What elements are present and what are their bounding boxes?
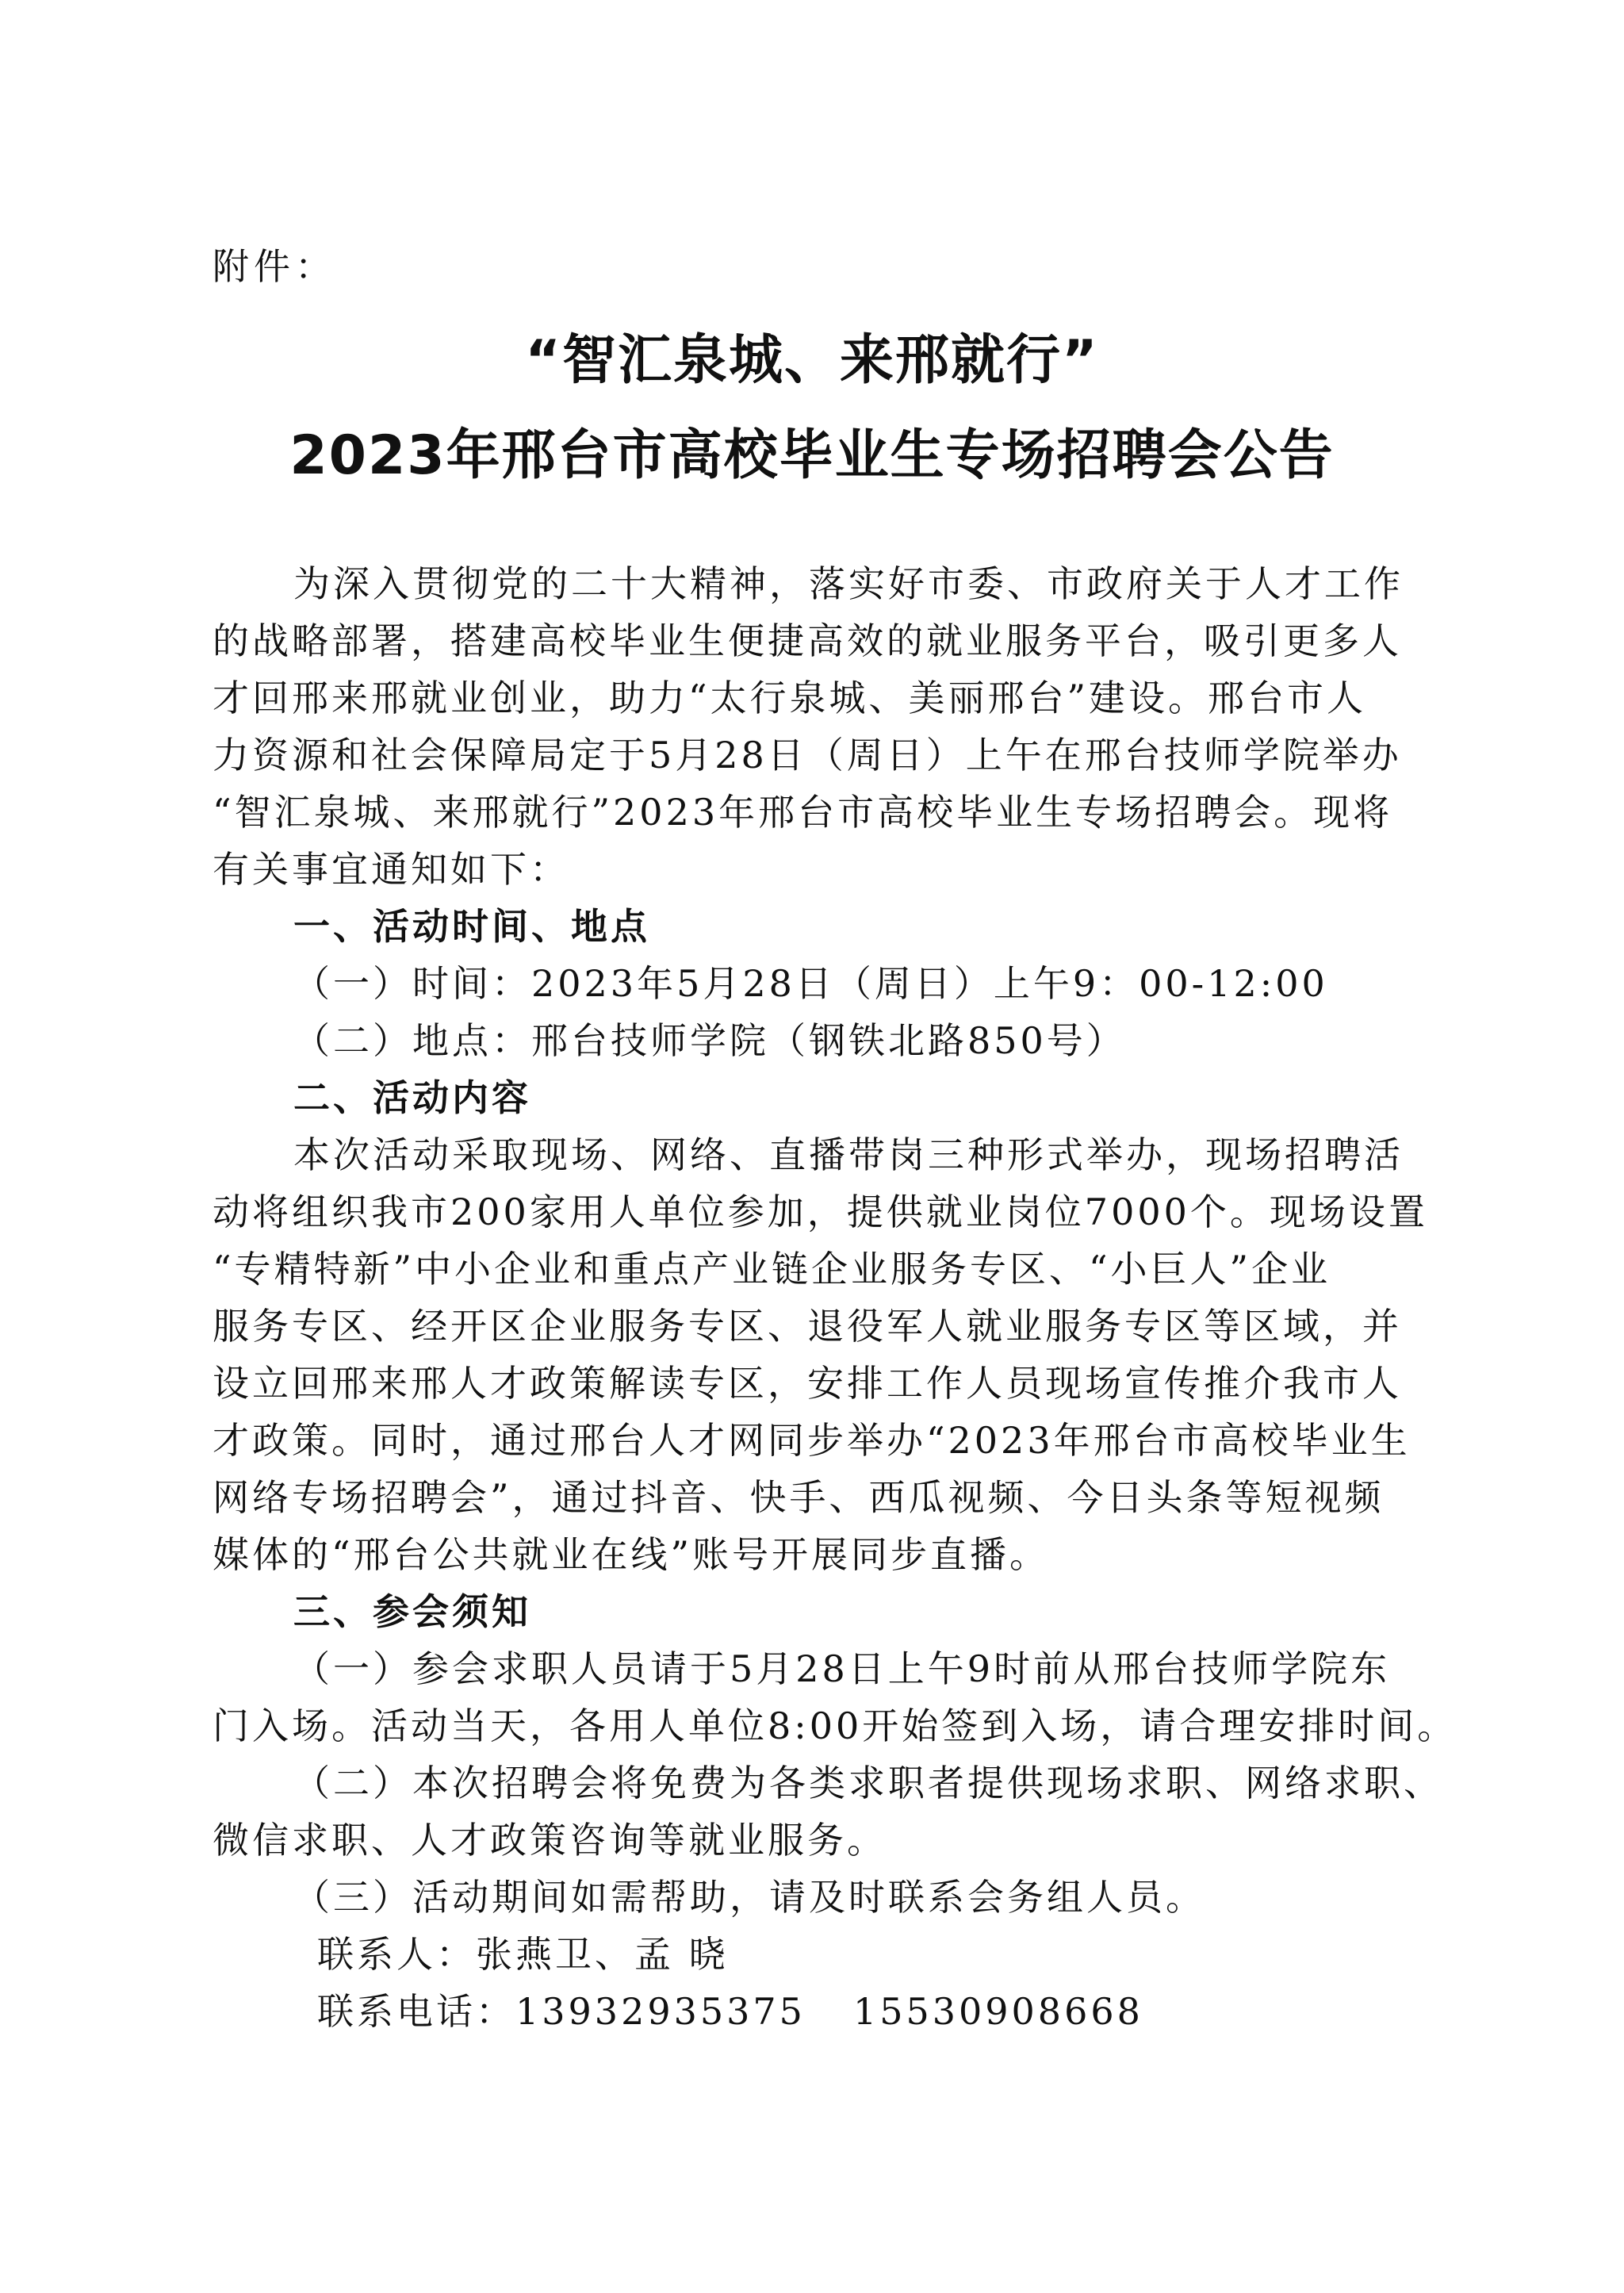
section-heading: 二、活动内容 [293,1069,1483,1122]
intro-line: 力资源和社会保障局定于5月28日（周日）上午在邢台技师学院举办 [213,727,1402,779]
contact-person: 联系人：张燕卫、孟 晓 [317,1926,1507,1978]
body-line: 网络专场招聘会”，通过抖音、快手、西瓜视频、今日头条等短视频 [213,1469,1402,1521]
intro-line: “智汇泉城、来邢就行”2023年邢台市高校毕业生专场招聘会。现将 [213,784,1402,836]
section-heading: 一、活动时间、地点 [293,898,1483,950]
phone-number: 15530908668 [853,1990,1143,2033]
body-line: “专精特新”中小企业和重点产业链企业服务专区、“小巨人”企业 [213,1240,1402,1293]
contact-phone: 联系电话：1393293537515530908668 [317,1983,1507,2035]
title-line-2: 2023年邢台市高校毕业生专场招聘会公告 [0,412,1624,489]
body-line: 才政策。同时，通过邢台人才网同步举办“2023年邢台市高校毕业生 [213,1412,1402,1464]
section-item: （二）地点：邢台技师学院（钢铁北路850号） [293,1012,1483,1064]
body-line: （三）活动期间如需帮助，请及时联系会务组人员。 [293,1869,1483,1921]
intro-line: 才回邢来邢就业创业，助力“太行泉城、美丽邢台”建设。邢台市人 [213,669,1402,722]
title-line-1: “智汇泉城、来邢就行” [0,317,1624,394]
contact-phone-label: 联系电话： [317,1990,515,2033]
body-line: 设立回邢来邢人才政策解读专区，安排工作人员现场宣传推介我市人 [213,1355,1402,1407]
body-line: （一）参会求职人员请于5月28日上午9时前从邢台技师学院东 [293,1640,1483,1693]
body-line: 微信求职、人才政策咨询等就业服务。 [213,1812,1402,1864]
attachment-label: 附件： [213,238,336,290]
intro-line: 有关事宜通知如下： [213,841,1402,893]
phone-number: 13932935375 [515,1990,806,2033]
body-line: （二）本次招聘会将免费为各类求职者提供现场求职、网络求职、 [293,1754,1483,1807]
body-line: 服务专区、经开区企业服务专区、退役军人就业服务专区等区域，并 [213,1298,1402,1350]
document-page: 附件： “智汇泉城、来邢就行” 2023年邢台市高校毕业生专场招聘会公告 为深入… [0,0,1624,2293]
body-line: 动将组织我市200家用人单位参加，提供就业岗位7000个。现场设置 [213,1183,1402,1236]
intro-line: 为深入贯彻党的二十大精神，落实好市委、市政府关于人才工作 [293,555,1483,608]
body-line: 媒体的“邢台公共就业在线”账号开展同步直播。 [213,1526,1402,1578]
intro-line: 的战略部署，搭建高校毕业生便捷高效的就业服务平台，吸引更多人 [213,612,1402,665]
section-heading: 三、参会须知 [293,1583,1483,1635]
body-line: 门入场。活动当天，各用人单位8:00开始签到入场，请合理安排时间。 [213,1697,1402,1750]
section-item: （一）时间：2023年5月28日（周日）上午9：00-12:00 [293,955,1483,1007]
body-line: 本次活动采取现场、网络、直播带岗三种形式举办，现场招聘活 [293,1126,1483,1179]
